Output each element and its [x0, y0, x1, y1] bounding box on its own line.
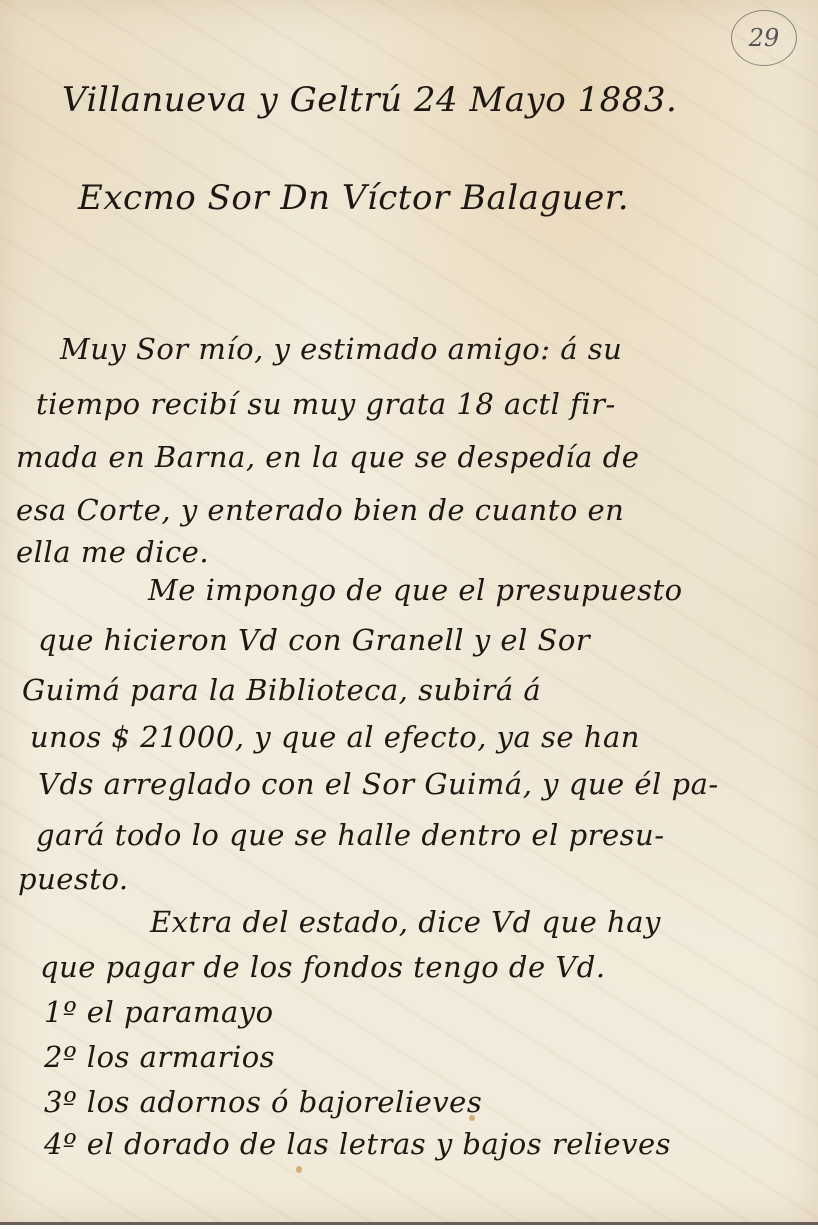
list-item: 2º los armarios	[44, 1040, 275, 1074]
body-line: esa Corte, y enterado bien de cuanto en	[16, 493, 624, 527]
letter-page: 29 Villanueva y Geltrú 24 Mayo 1883. Exc…	[0, 0, 818, 1225]
foxing-spot	[469, 1115, 475, 1121]
body-line: que hicieron Vd con Granell y el Sor	[38, 623, 590, 657]
folio-number: 29	[731, 10, 797, 66]
body-line: que pagar de los fondos tengo de Vd.	[40, 950, 606, 984]
body-line: Extra del estado, dice Vd que hay	[150, 905, 661, 939]
salutation-line: Excmo Sor Dn Víctor Balaguer.	[78, 178, 629, 218]
body-line: ella me dice.	[16, 535, 209, 569]
body-line: Me impongo de que el presupuesto	[148, 573, 683, 607]
body-line: puesto.	[18, 862, 129, 896]
body-line: tiempo recibí su muy grata 18 actl fir-	[36, 387, 616, 421]
body-line: Guimá para la Biblioteca, subirá á	[22, 673, 541, 707]
list-item: 3º los adornos ó bajorelieves	[44, 1085, 482, 1119]
body-line: Vds arreglado con el Sor Guimá, y que él…	[38, 767, 719, 801]
folio-number-text: 29	[749, 24, 780, 52]
body-line: gará todo lo que se halle dentro el pres…	[36, 818, 665, 852]
body-line: Muy Sor mío, y estimado amigo: á su	[60, 332, 622, 366]
list-item: 4º el dorado de las letras y bajos relie…	[44, 1127, 671, 1161]
body-line: mada en Barna, en la que se despedía de	[16, 440, 639, 474]
body-line: unos $ 21000, y que al efecto, ya se han	[30, 720, 640, 754]
list-item: 1º el paramayo	[44, 995, 274, 1029]
place-date-line: Villanueva y Geltrú 24 Mayo 1883.	[62, 80, 677, 120]
foxing-spot	[296, 1166, 302, 1173]
